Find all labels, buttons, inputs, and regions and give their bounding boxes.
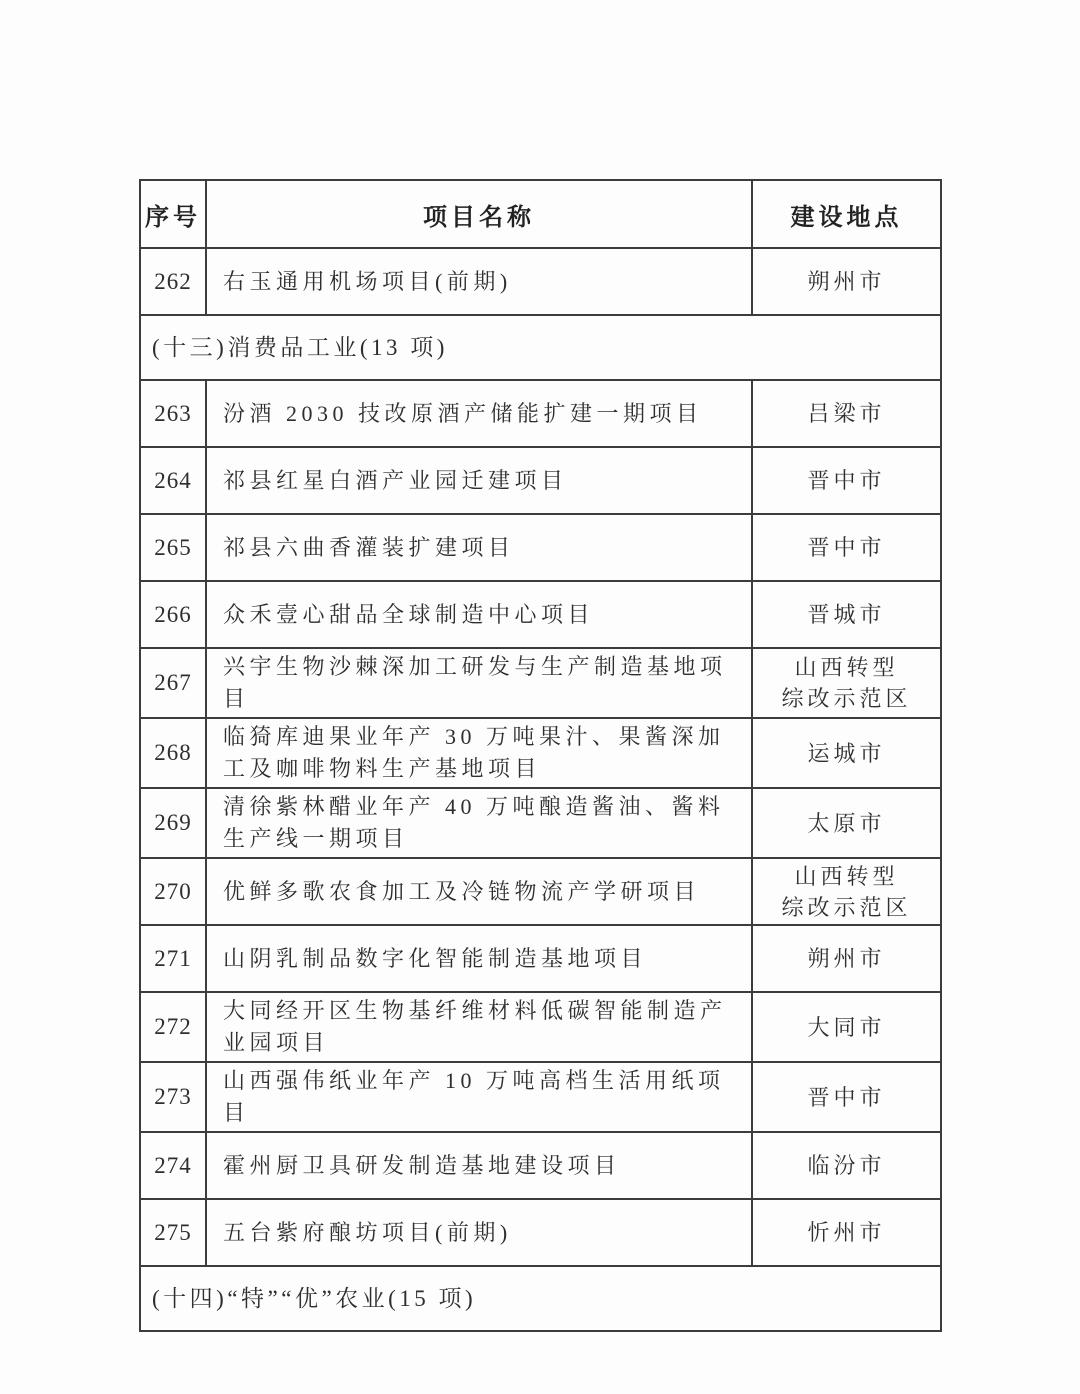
serial-number-cell: 272 [140, 992, 206, 1062]
location-cell: 忻州市 [752, 1199, 941, 1266]
location-cell: 运城市 [752, 718, 941, 788]
location-cell: 山西转型 综改示范区 [752, 648, 941, 718]
section-row: (十四)“特”“优”农业(15 项) [140, 1266, 941, 1331]
project-name-cell: 山西强伟纸业年产 10 万吨高档生活用纸项目 [206, 1062, 752, 1132]
project-name-cell: 大同经开区生物基纤维材料低碳智能制造产业园项目 [206, 992, 752, 1062]
location-cell: 太原市 [752, 788, 941, 858]
project-name-cell: 临猗库迪果业年产 30 万吨果汁、果酱深加工及咖啡物料生产基地项目 [206, 718, 752, 788]
table-row: 269清徐紫林醋业年产 40 万吨酿造酱油、酱料生产线一期项目太原市 [140, 788, 941, 858]
serial-number-cell: 266 [140, 581, 206, 648]
table-row: 264祁县红星白酒产业园迁建项目晋中市 [140, 447, 941, 514]
project-name-cell: 众禾壹心甜品全球制造中心项目 [206, 581, 752, 648]
location-cell: 大同市 [752, 992, 941, 1062]
section-label: (十三)消费品工业(13 项) [140, 315, 941, 380]
project-name-cell: 右玉通用机场项目(前期) [206, 248, 752, 315]
serial-number-cell: 267 [140, 648, 206, 718]
section-label: (十四)“特”“优”农业(15 项) [140, 1266, 941, 1331]
project-table: 序号 项目名称 建设地点 262右玉通用机场项目(前期)朔州市(十三)消费品工业… [139, 179, 942, 1332]
header-project-name: 项目名称 [206, 180, 752, 248]
project-name-cell: 汾酒 2030 技改原酒产储能扩建一期项目 [206, 380, 752, 447]
section-row: (十三)消费品工业(13 项) [140, 315, 941, 380]
serial-number-cell: 271 [140, 925, 206, 992]
location-cell: 山西转型 综改示范区 [752, 858, 941, 925]
serial-number-cell: 270 [140, 858, 206, 925]
serial-number-cell: 262 [140, 248, 206, 315]
project-table-container: 序号 项目名称 建设地点 262右玉通用机场项目(前期)朔州市(十三)消费品工业… [139, 179, 940, 1332]
table-row: 270优鲜多歌农食加工及冷链物流产学研项目山西转型 综改示范区 [140, 858, 941, 925]
table-row: 268临猗库迪果业年产 30 万吨果汁、果酱深加工及咖啡物料生产基地项目运城市 [140, 718, 941, 788]
serial-number-cell: 264 [140, 447, 206, 514]
project-name-cell: 霍州厨卫具研发制造基地建设项目 [206, 1132, 752, 1199]
table-row: 274霍州厨卫具研发制造基地建设项目临汾市 [140, 1132, 941, 1199]
location-cell: 吕梁市 [752, 380, 941, 447]
table-header-row: 序号 项目名称 建设地点 [140, 180, 941, 248]
table-row: 262右玉通用机场项目(前期)朔州市 [140, 248, 941, 315]
table-body: 262右玉通用机场项目(前期)朔州市(十三)消费品工业(13 项)263汾酒 2… [140, 248, 941, 1331]
project-name-cell: 优鲜多歌农食加工及冷链物流产学研项目 [206, 858, 752, 925]
project-name-cell: 五台紫府酿坊项目(前期) [206, 1199, 752, 1266]
table-row: 267兴宇生物沙棘深加工研发与生产制造基地项目山西转型 综改示范区 [140, 648, 941, 718]
location-cell: 晋城市 [752, 581, 941, 648]
header-construction-location: 建设地点 [752, 180, 941, 248]
table-row: 263汾酒 2030 技改原酒产储能扩建一期项目吕梁市 [140, 380, 941, 447]
location-cell: 晋中市 [752, 514, 941, 581]
header-serial-number: 序号 [140, 180, 206, 248]
serial-number-cell: 265 [140, 514, 206, 581]
project-name-cell: 山阴乳制品数字化智能制造基地项目 [206, 925, 752, 992]
location-cell: 朔州市 [752, 925, 941, 992]
location-cell: 晋中市 [752, 1062, 941, 1132]
table-row: 266众禾壹心甜品全球制造中心项目晋城市 [140, 581, 941, 648]
serial-number-cell: 268 [140, 718, 206, 788]
serial-number-cell: 269 [140, 788, 206, 858]
serial-number-cell: 263 [140, 380, 206, 447]
table-row: 273山西强伟纸业年产 10 万吨高档生活用纸项目晋中市 [140, 1062, 941, 1132]
project-name-cell: 清徐紫林醋业年产 40 万吨酿造酱油、酱料生产线一期项目 [206, 788, 752, 858]
serial-number-cell: 273 [140, 1062, 206, 1132]
location-cell: 朔州市 [752, 248, 941, 315]
document-page: 序号 项目名称 建设地点 262右玉通用机场项目(前期)朔州市(十三)消费品工业… [0, 0, 1080, 1394]
project-name-cell: 祁县六曲香灌装扩建项目 [206, 514, 752, 581]
project-name-cell: 祁县红星白酒产业园迁建项目 [206, 447, 752, 514]
serial-number-cell: 274 [140, 1132, 206, 1199]
table-row: 272大同经开区生物基纤维材料低碳智能制造产业园项目大同市 [140, 992, 941, 1062]
table-row: 265祁县六曲香灌装扩建项目晋中市 [140, 514, 941, 581]
location-cell: 临汾市 [752, 1132, 941, 1199]
project-name-cell: 兴宇生物沙棘深加工研发与生产制造基地项目 [206, 648, 752, 718]
table-row: 271山阴乳制品数字化智能制造基地项目朔州市 [140, 925, 941, 992]
location-cell: 晋中市 [752, 447, 941, 514]
serial-number-cell: 275 [140, 1199, 206, 1266]
table-row: 275五台紫府酿坊项目(前期)忻州市 [140, 1199, 941, 1266]
